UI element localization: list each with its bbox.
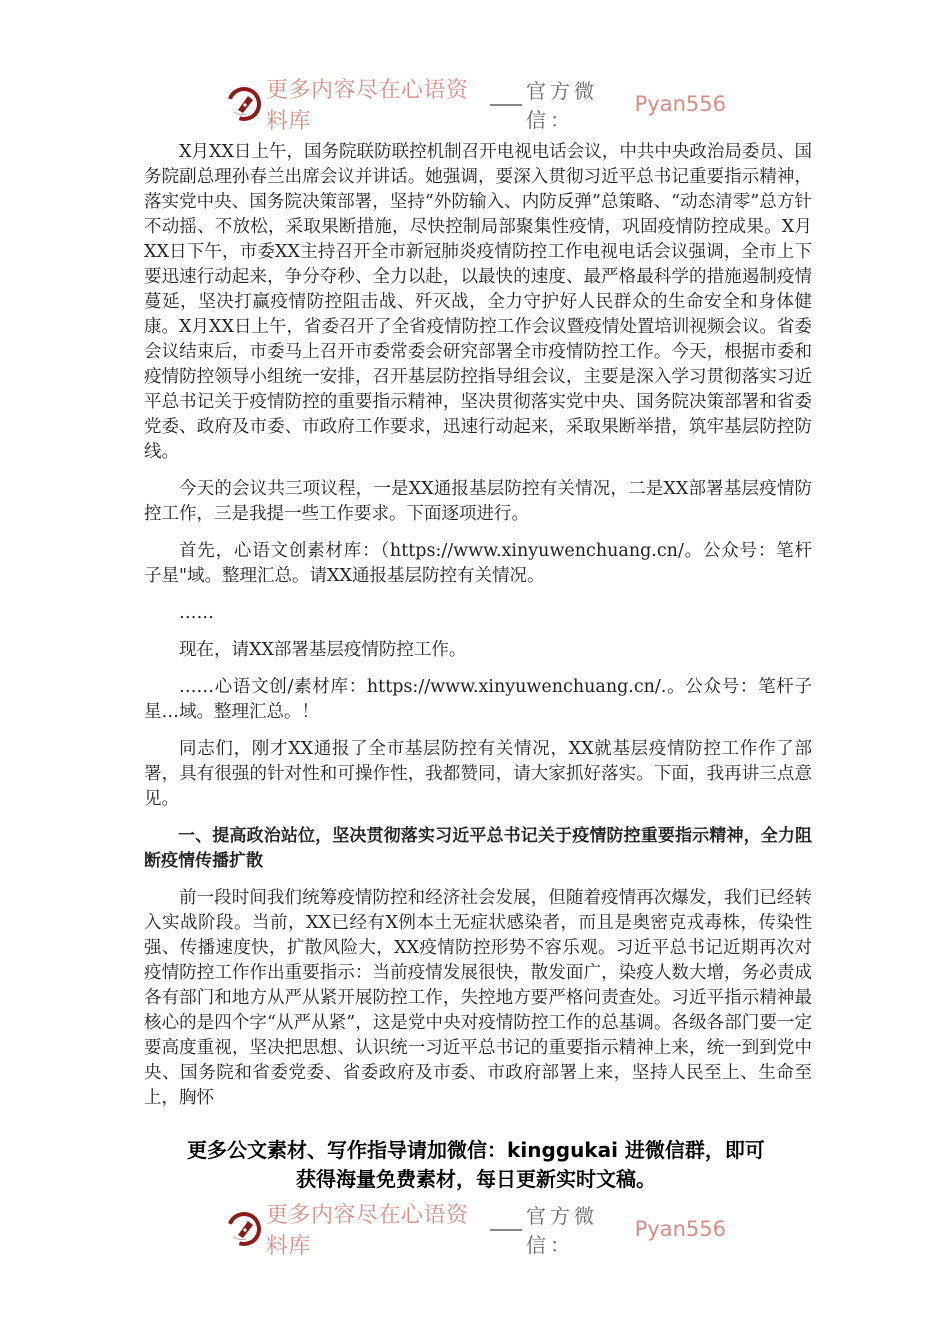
dash-divider	[490, 1229, 522, 1231]
wechat-id: Pyan556	[635, 1217, 726, 1241]
paragraph-ellipsis: ……	[144, 601, 812, 626]
paragraph-source-note: ……心语文创/素材库：https://www.xinyuwenchuang.cn…	[144, 675, 812, 725]
document-body: X月XX日上午，国务院联防联控机制召开电视电话会议，中共中央政治局委员、国务院副…	[144, 140, 812, 1123]
header-watermark-banner: 更多内容尽在心语资料库 官方微信： Pyan556	[226, 84, 726, 124]
pen-nib-logo-icon	[226, 1211, 262, 1247]
paragraph-agenda: 今天的会议共三项议程，一是XX通报基层防控有关情况，二是XX部署基层疫情防控工作…	[144, 477, 812, 527]
site-slogan: 更多内容尽在心语资料库	[266, 1198, 486, 1260]
site-slogan: 更多内容尽在心语资料库	[266, 73, 486, 135]
section-heading-1: 一、提高政治站位，坚决贯彻落实习近平总书记关于疫情防控重要指示精神，全力阻断疫情…	[144, 824, 812, 874]
dash-divider	[490, 104, 522, 106]
paragraph-comrades: 同志们，刚才XX通报了全市基层防控有关情况，XX就基层疫情防控工作作了部署，具有…	[144, 737, 812, 812]
pen-nib-logo-icon	[226, 86, 262, 122]
footer-watermark-banner: 更多内容尽在心语资料库 官方微信： Pyan556	[226, 1209, 726, 1249]
paragraph-intro: X月XX日上午，国务院联防联控机制召开电视电话会议，中共中央政治局委员、国务院副…	[144, 140, 812, 465]
paragraph-first-item: 首先，心语文创素材库：（https://www.xinyuwenchuang.c…	[144, 539, 812, 589]
wechat-label: 官方微信：	[526, 75, 633, 133]
promo-line-1: 更多公文素材、写作指导请加微信：kinggukai 进微信群，即可	[140, 1136, 812, 1165]
promo-line-2: 获得海量免费素材，每日更新实时文稿。	[140, 1165, 812, 1194]
paragraph-second-item: 现在，请XX部署基层疫情防控工作。	[144, 638, 812, 663]
paragraph-situation: 前一段时间我们统筹疫情防控和经济社会发展，但随着疫情再次爆发，我们已经转入实战阶…	[144, 886, 812, 1111]
wechat-label: 官方微信：	[526, 1200, 633, 1258]
promo-notice: 更多公文素材、写作指导请加微信：kinggukai 进微信群，即可 获得海量免费…	[140, 1136, 812, 1194]
wechat-id: Pyan556	[635, 92, 726, 116]
